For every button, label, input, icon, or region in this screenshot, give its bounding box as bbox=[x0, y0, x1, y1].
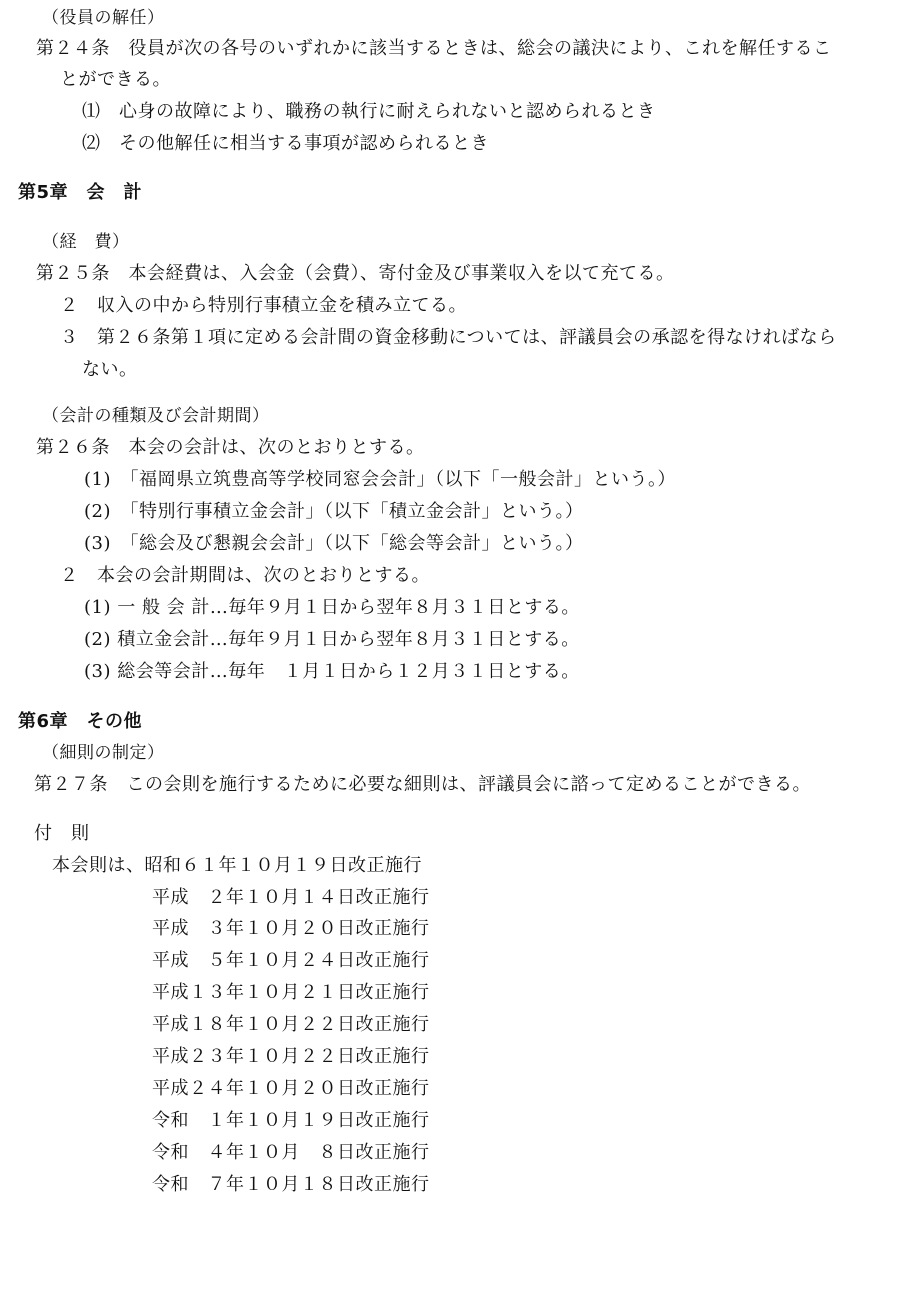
article-26-caption: （会計の種類及び会計期間） bbox=[42, 404, 270, 428]
revision-item: 平成１３年１０月２１日改正施行 bbox=[152, 981, 430, 1005]
article-26-item-3: (3) 「総会及び懇親会会計」（以下「総会等会計」という。） bbox=[84, 532, 584, 556]
revision-item: 令和 １年１０月１９日改正施行 bbox=[152, 1109, 430, 1133]
article-24-line-1: 第２４条 役員が次の各号のいずれかに該当するときは、総会の議決により、これを解任… bbox=[36, 37, 832, 61]
article-26-item-1: (1) 「福岡県立筑豊高等学校同窓会会計」（以下「一般会計」という。） bbox=[84, 468, 676, 492]
supplementary-title: 付 則 bbox=[34, 822, 90, 846]
article-25-line-1: 第２５条 本会経費は、入会金（会費）、寄付金及び事業収入を以て充てる。 bbox=[36, 262, 675, 286]
article-26-item-2: (2) 「特別行事積立金会計」（以下「積立金会計」という。） bbox=[84, 500, 584, 524]
revision-item: 平成２３年１０月２２日改正施行 bbox=[152, 1045, 430, 1069]
article-25-paragraph-3-line-1: ３ 第２６条第１項に定める会計間の資金移動については、評議員会の承認を得なければ… bbox=[60, 326, 837, 350]
article-26-paragraph-2: ２ 本会の会計期間は、次のとおりとする。 bbox=[60, 564, 430, 588]
revision-item: 令和 ７年１０月１８日改正施行 bbox=[152, 1173, 430, 1197]
article-24-caption: （役員の解任） bbox=[42, 6, 165, 30]
article-24-line-2: とができる。 bbox=[60, 68, 171, 92]
revision-item: 平成 ２年１０月１４日改正施行 bbox=[152, 886, 430, 910]
revision-item: 平成 ３年１０月２０日改正施行 bbox=[152, 917, 430, 941]
supplementary-first: 本会則は、昭和６１年１０月１９日改正施行 bbox=[52, 854, 422, 878]
article-24-item-1: ⑴ 心身の故障により、職務の執行に耐えられないと認められるとき bbox=[82, 100, 656, 124]
chapter-5-title: 第5章 会 計 bbox=[18, 181, 142, 205]
revision-item: 令和 ４年１０月 ８日改正施行 bbox=[152, 1141, 430, 1165]
revision-item: 平成 ５年１０月２４日改正施行 bbox=[152, 949, 430, 973]
article-25-caption: （経 費） bbox=[42, 230, 130, 254]
article-27-line-1: 第２７条 この会則を施行するために必要な細則は、評議員会に諮って定めることができ… bbox=[34, 773, 811, 797]
article-25-paragraph-2: ２ 収入の中から特別行事積立金を積み立てる。 bbox=[60, 294, 467, 318]
article-26-line-1: 第２６条 本会の会計は、次のとおりとする。 bbox=[36, 436, 425, 460]
revision-item: 平成１８年１０月２２日改正施行 bbox=[152, 1013, 430, 1037]
revision-item: 平成２４年１０月２０日改正施行 bbox=[152, 1077, 430, 1101]
article-26-period-1: (1) 一 般 会 計…毎年９月１日から翌年８月３１日とする。 bbox=[84, 596, 580, 620]
article-27-caption: （細則の制定） bbox=[42, 741, 165, 765]
chapter-6-title: 第6章 その他 bbox=[18, 710, 142, 734]
article-26-period-3: (3) 総会等会計…毎年 １月１日から１２月３１日とする。 bbox=[84, 660, 580, 684]
article-26-period-2: (2) 積立金会計…毎年９月１日から翌年８月３１日とする。 bbox=[84, 628, 580, 652]
article-24-item-2: ⑵ その他解任に相当する事項が認められるとき bbox=[82, 132, 489, 156]
article-25-paragraph-3-line-2: ない。 bbox=[82, 358, 138, 382]
